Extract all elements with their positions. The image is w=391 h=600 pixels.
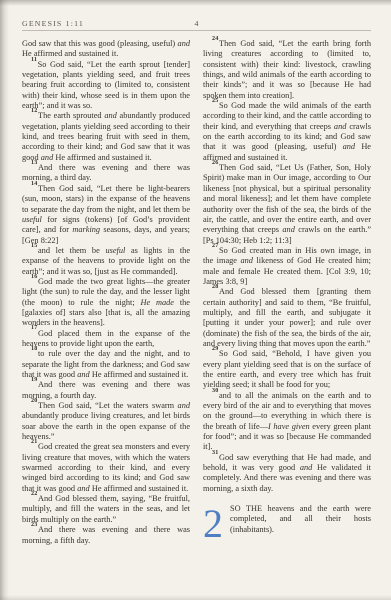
verse-number: 26 [212,160,219,166]
verse-number: 17 [31,325,38,331]
verse-text: And there was evening and there was morn… [22,163,190,182]
verse-paragraph: 21God created the great sea monsters and… [22,442,190,494]
running-header-title: GENESIS 1:11 [22,19,84,28]
verse-text: Then God said, “Let there be light-beare… [22,184,190,214]
verse-text: and [77,370,89,379]
verse-text: marking [72,225,100,234]
verse-paragraph: 13And there was evening and there was mo… [22,163,190,184]
verse-number: 23 [31,522,38,528]
verse-paragraph: 17God placed them in the expanse of the … [22,329,190,350]
verse-number: 19 [31,377,38,383]
verse-paragraph: 30and to all the animals on the earth an… [203,391,371,453]
verse-number: 22 [31,491,38,497]
verse-text: and [300,463,312,472]
verse-number: 12 [31,108,38,114]
verse-number: 13 [31,160,38,166]
verse-paragraph: 23And there was evening and there was mo… [22,525,190,546]
chapter-2-block: 2 SO THE heavens and the earth were comp… [203,504,371,540]
verse-number: 20 [31,398,38,404]
verse-number: 30 [212,388,219,394]
verse-number: 11 [31,57,38,63]
chapter-2-dropcap: 2 [203,507,223,540]
verse-text: And God blessed them, saying, “Be fruitf… [22,494,190,524]
verse-text: The earth sprouted [38,111,104,120]
verse-text: and [104,111,116,120]
verse-paragraph: 26Then God said, “Let Us (Father, Son, H… [203,163,371,246]
chapter-2-text: SO THE heavens and the earth were comple… [203,504,371,535]
verse-paragraph: 14Then God said, “Let there be light-bea… [22,184,190,246]
bible-page-scan: { "header": { "title": "GENESIS 1:11", "… [0,0,391,600]
verse-paragraph: 19And there was evening and there was mo… [22,380,190,401]
right-column: 24Then God said, “Let the earth bring fo… [203,39,371,546]
verse-text: and let them be [38,246,105,255]
verse-text: And there was evening and there was morn… [22,380,190,399]
verse-text: He affirmed and sustained it. [90,370,189,379]
verse-text: And there was evening and there was morn… [22,525,190,544]
page: GENESIS 1:11 4 God saw that this was goo… [0,0,391,600]
left-column-verses: God saw that this was good (pleasing, us… [22,39,190,546]
verse-number: 27 [212,243,219,249]
verse-number: 21 [31,439,38,445]
verse-text: So God said, “Let the earth sprout [tend… [22,60,190,110]
verse-paragraph: 24Then God said, “Let the earth bring fo… [203,39,371,101]
verse-text: and [334,122,346,131]
left-column: God saw that this was good (pleasing, us… [22,39,190,546]
page-number: 4 [195,19,199,28]
verse-text: and [41,153,53,162]
verse-text: God saw that this was good (pleasing, us… [22,39,178,48]
verse-text: useful [105,246,125,255]
verse-paragraph: 15and let them be useful as lights in th… [22,246,190,277]
verse-text: Then God said, “Let Us (Father, Son, Hol… [203,163,371,234]
verse-paragraph: 20Then God said, “Let the waters swarm a… [22,401,190,442]
verse-number: 18 [31,346,38,352]
verse-text: and [282,225,294,234]
header-rule [22,30,371,31]
verse-number: 28 [212,284,219,290]
verse-number: 15 [31,243,38,249]
verse-text: And God blessed them [granting them cert… [203,287,371,348]
verse-paragraph: God saw that this was good (pleasing, us… [22,39,190,60]
verse-text: and [178,401,190,410]
verse-paragraph: 22And God blessed them, saying, “Be frui… [22,494,190,525]
verse-text: Then God said, “Let the earth bring fort… [203,39,371,100]
verse-paragraph: 16God made the two great lights—the grea… [22,277,190,329]
verse-text: God placed them in the expanse of the he… [22,329,190,348]
verse-paragraph: 18to rule over the day and the night, an… [22,349,190,380]
running-header: GENESIS 1:11 4 [22,16,371,28]
text-columns: God saw that this was good (pleasing, us… [22,39,371,546]
verse-paragraph: 25So God made the wild animals of the ea… [203,101,371,163]
right-column-verses: 24Then God said, “Let the earth bring fo… [203,39,371,494]
verse-number: 31 [212,450,219,456]
verse-paragraph: 31God saw everything that He had made, a… [203,453,371,494]
verse-number: 14 [31,181,38,187]
verse-paragraph: 12The earth sprouted and abundantly prod… [22,111,190,163]
verse-paragraph: 11So God said, “Let the earth sprout [te… [22,60,190,112]
verse-number: 29 [212,346,219,352]
verse-text: SO THE heavens and the earth were comple… [230,504,371,534]
verse-paragraph: 29So God said, “Behold, I have given you… [203,349,371,390]
verse-text: useful [22,215,42,224]
verse-text: abundantly produce living creatures, and… [22,411,190,441]
verse-text: He affirmed and sustained it. [53,153,152,162]
verse-text: Then God said, “Let the waters swarm [38,401,178,410]
verse-text: He affirmed and sustained it. [90,484,189,493]
verse-text: He made [141,298,175,307]
verse-text: and [77,484,89,493]
verse-text: and [178,39,190,48]
verse-text: and [343,142,355,151]
verse-paragraph: 27So God created man in His own image, i… [203,246,371,287]
verse-text: I have given [268,422,310,431]
verse-text: and [241,256,253,265]
verse-number: 24 [212,36,219,42]
verse-number: 16 [31,274,38,280]
verse-number: 25 [212,98,219,104]
verse-text: So God said, “Behold, I have given you e… [203,349,371,389]
verse-paragraph: 28And God blessed them [granting them ce… [203,287,371,349]
